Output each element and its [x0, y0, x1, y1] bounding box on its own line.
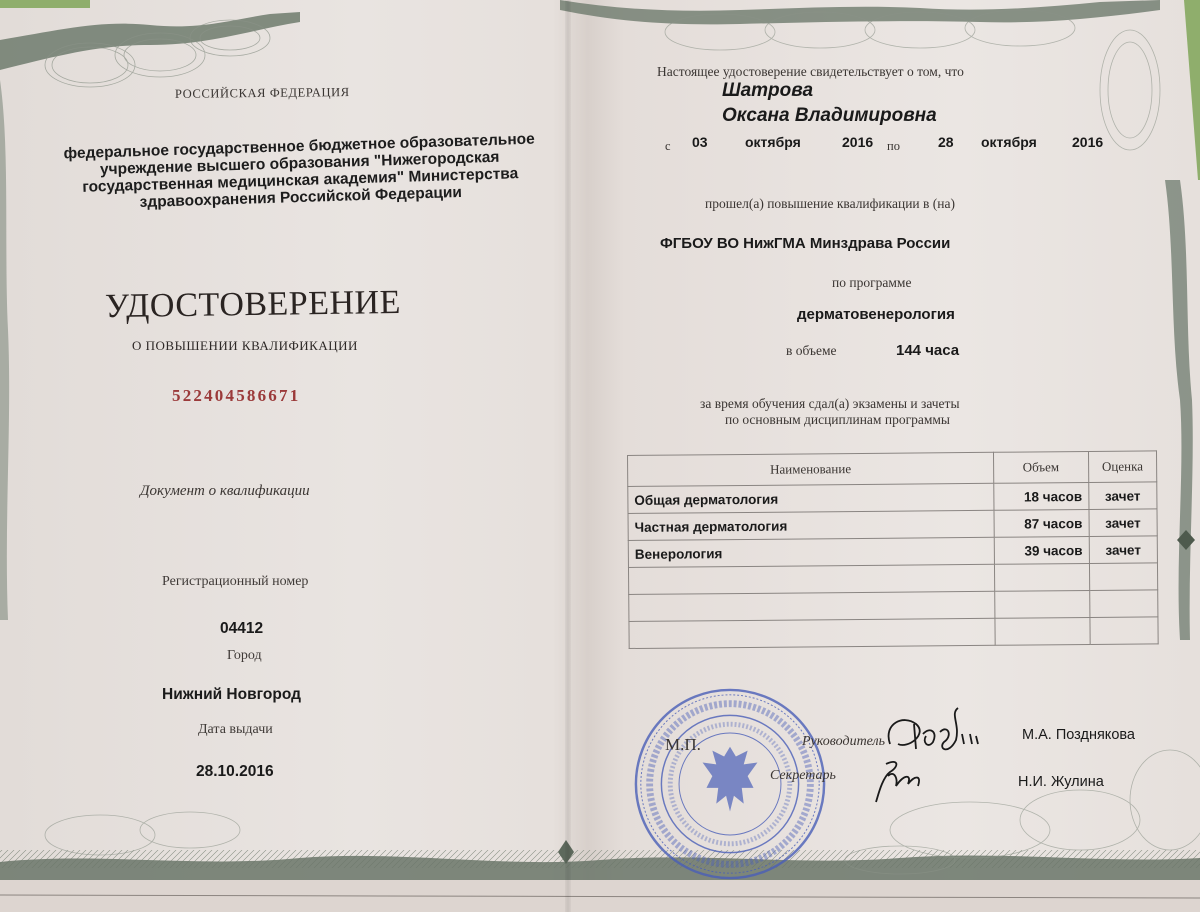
exams-text-line: за время обучения сдал(а) экзамены и зач… — [700, 396, 960, 412]
exams-text-line: по основным дисциплинам программы — [725, 412, 950, 428]
period-to-label: по — [887, 139, 900, 154]
discipline-grade — [1089, 590, 1158, 618]
discipline-name — [629, 618, 995, 648]
official-seal-stamp — [632, 686, 828, 882]
program-name: дерматовенерология — [797, 306, 955, 323]
table-header-row: Наименование Объем Оценка — [628, 451, 1157, 487]
training-period: с 03 октября 2016 по 28 октября 2016 — [665, 134, 1125, 156]
disciplines-table: Наименование Объем Оценка Общая дерматол… — [627, 450, 1159, 649]
secretary-signature — [868, 756, 938, 806]
head-name: М.А. Позднякова — [1022, 727, 1135, 743]
seal-place-label: М.П. — [665, 735, 701, 755]
discipline-name: Венерология — [628, 537, 994, 567]
certificate-spread: РОССИЙСКАЯ ФЕДЕРАЦИЯ федеральное государ… — [0, 0, 1200, 912]
table-row — [629, 617, 1158, 649]
serial-number: 522404586671 — [172, 386, 300, 406]
document-title: УДОСТОВЕРЕНИЕ — [105, 284, 401, 326]
discipline-grade: зачет — [1088, 482, 1157, 510]
discipline-hours — [994, 563, 1089, 591]
discipline-hours — [995, 617, 1090, 645]
discipline-hours — [995, 590, 1090, 618]
column-header-grade: Оценка — [1088, 451, 1157, 483]
discipline-name — [628, 564, 994, 594]
registration-number-label: Регистрационный номер — [162, 574, 308, 590]
period-to-month: октября — [981, 134, 1037, 150]
discipline-grade: зачет — [1089, 509, 1158, 537]
discipline-name: Частная дерматология — [628, 510, 994, 540]
eagle-emblem-icon — [703, 747, 758, 812]
discipline-name — [629, 591, 995, 621]
period-from-label: с — [665, 139, 671, 154]
discipline-hours: 39 часов — [994, 536, 1089, 564]
document-type: Документ о квалификации — [140, 483, 310, 500]
city-value: Нижний Новгород — [162, 686, 301, 704]
discipline-hours: 87 часов — [994, 509, 1089, 537]
discipline-grade — [1089, 563, 1158, 591]
period-to-year: 2016 — [1072, 134, 1103, 150]
program-label: по программе — [832, 275, 911, 291]
issue-date-label: Дата выдачи — [198, 722, 273, 738]
training-institution: ФГБОУ ВО НижГМА Минздрава России — [660, 235, 950, 252]
period-from-day: 03 — [692, 134, 708, 150]
volume-label: в объеме — [786, 343, 837, 359]
certifies-text: Настоящее удостоверение свидетельствует … — [657, 64, 964, 80]
issue-date: 28.10.2016 — [196, 763, 274, 781]
discipline-grade: зачет — [1089, 536, 1158, 564]
secretary-role-label: Секретарь — [770, 768, 836, 784]
discipline-grade — [1090, 617, 1159, 645]
document-subtitle: О ПОВЫШЕНИИ КВАЛИФИКАЦИИ — [132, 338, 358, 354]
column-header-volume: Объем — [993, 451, 1088, 483]
discipline-name: Общая дерматология — [628, 483, 994, 513]
holder-given-names: Оксана Владимировна — [722, 105, 937, 127]
city-label: Город — [227, 648, 262, 664]
period-to-day: 28 — [938, 134, 954, 150]
volume-value: 144 часа — [896, 342, 959, 359]
page-fold — [565, 0, 571, 912]
head-role-label: Руководитель — [802, 734, 885, 750]
passed-text: прошел(а) повышение квалификации в (на) — [705, 196, 955, 212]
period-from-year: 2016 — [842, 134, 873, 150]
country-label: РОССИЙСКАЯ ФЕДЕРАЦИЯ — [175, 85, 350, 102]
holder-surname: Шатрова — [722, 80, 813, 102]
column-header-name: Наименование — [628, 452, 994, 486]
secretary-name: Н.И. Жулина — [1018, 774, 1104, 790]
registration-number: 04412 — [220, 620, 263, 638]
period-from-month: октября — [745, 134, 801, 150]
discipline-hours: 18 часов — [994, 482, 1089, 510]
